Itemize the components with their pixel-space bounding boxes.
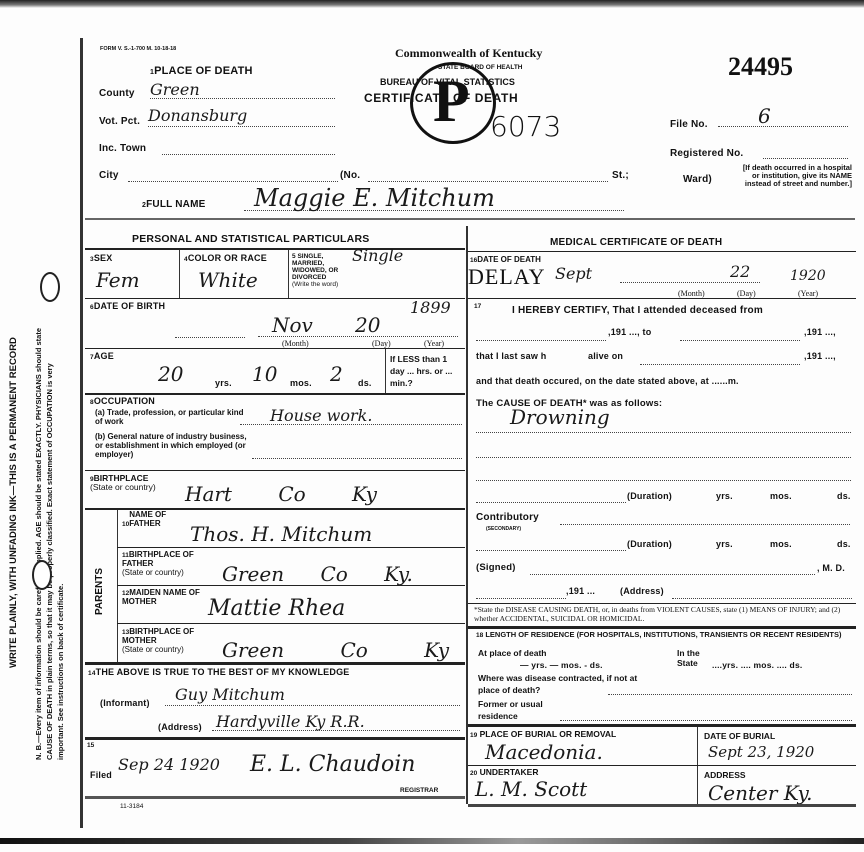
contributory-field[interactable] [560, 522, 850, 525]
vot-pct-label: Vot. Pct. [99, 116, 140, 127]
dob-day: 20 [355, 313, 380, 337]
divider [85, 218, 855, 220]
inc-town-label: Inc. Town [99, 143, 146, 154]
file-no-field[interactable]: 6 [718, 104, 848, 127]
punch-hole-icon [40, 272, 60, 302]
father-birthplace-label: BIRTHPLACE OF FATHER [122, 550, 194, 568]
occupation-a-label: (a) Trade, profession, or particular kin… [95, 408, 245, 426]
form-code: 11-3184 [120, 803, 143, 810]
disease-contracted-field[interactable] [608, 692, 852, 695]
delay-stamp: DELAY [468, 264, 546, 290]
father-name-label: NAME OF FATHER [129, 510, 189, 528]
dob-label: DATE OF BIRTH [94, 301, 165, 311]
undertaker-address-label: ADDRESS [704, 771, 746, 780]
residence-label: LENGTH OF RESIDENCE (FOR HOSPITALS, INST… [485, 630, 841, 639]
informant-label: (Informant) [100, 698, 150, 708]
p-stamp-icon: P [410, 62, 496, 144]
signed-label: (Signed) [476, 562, 516, 573]
handwritten-number: 6073 [490, 110, 561, 143]
time-of-death-field[interactable]: and that death occured, on the date stat… [476, 376, 739, 386]
former-residence-field[interactable] [560, 718, 852, 721]
death-year[interactable]: 1920 [790, 268, 826, 284]
contributory-label: Contributory [476, 512, 539, 523]
age-label: AGE [94, 351, 114, 361]
informant-field[interactable]: Guy Mitchum [165, 685, 460, 706]
sex-value[interactable]: Fem [96, 268, 140, 292]
state-name: Commonwealth of Kentucky [395, 46, 542, 61]
residence-state-field[interactable]: ....yrs. .... mos. .... ds. [712, 660, 802, 670]
filed-label: Filed [90, 770, 112, 780]
dob-year: 1899 [410, 298, 451, 317]
race-value[interactable]: White [198, 268, 258, 292]
burial-date-label: DATE OF BURIAL [704, 732, 775, 741]
father-name-value[interactable]: Thos. H. Mitchum [190, 522, 372, 546]
undertaker-address-value[interactable]: Center Ky. [708, 781, 812, 805]
burial-place-value[interactable]: Macedonia. [485, 740, 603, 764]
registered-no-label: Registered No. [670, 148, 743, 159]
street-label: St.; [612, 170, 629, 181]
mother-birthplace-value[interactable]: Green Co Ky [222, 638, 449, 662]
county-label: County [99, 88, 135, 99]
margin-line-4: important. See instructions on back of c… [56, 584, 65, 760]
vot-pct-field[interactable]: Donansburg [148, 106, 335, 127]
father-birthplace-value[interactable]: Green Co Ky. [222, 562, 413, 586]
mother-name-label: MAIDEN NAME OF MOTHER [122, 588, 200, 606]
certify-text: I HEREBY CERTIFY, That I attended deceas… [512, 305, 763, 316]
cause-of-death-value[interactable]: Drowning [510, 405, 610, 429]
informant-address-label: (Address) [158, 722, 202, 732]
birthplace-value[interactable]: Hart Co Ky [185, 482, 455, 506]
informant-address-field[interactable]: Hardyville Ky R.R. [212, 712, 460, 731]
physician-signature-field[interactable] [530, 572, 815, 575]
form-number: FORM V. S.-1-700 M. 10-18-18 [100, 46, 176, 53]
hospital-note: [If death occurred in a hospital or inst… [740, 164, 852, 188]
column-divider [466, 226, 468, 804]
undertaker-value[interactable]: L. M. Scott [475, 777, 587, 801]
residence-place-field[interactable]: — yrs. — mos. - ds. [520, 660, 603, 670]
burial-date-value[interactable]: Sept 23, 1920 [708, 743, 814, 761]
margin-line-1: WRITE PLAINLY, WITH UNFADING INK—THIS IS… [8, 337, 19, 668]
parents-label: PARENTS [94, 568, 105, 615]
place-of-death-label: PLACE OF DEATH [154, 65, 253, 77]
attended-from-field[interactable] [476, 338, 606, 341]
inc-town-field[interactable] [162, 140, 335, 155]
occupation-a-field[interactable]: House work. [240, 406, 462, 425]
scan-bottom-edge [0, 838, 864, 844]
occupation-b-field[interactable] [252, 452, 462, 459]
occupation-b-label: (b) General nature of industry business,… [95, 432, 253, 459]
scan-top-edge [0, 0, 864, 8]
physician-address-field[interactable] [672, 596, 852, 599]
registrar-signature[interactable]: E. L. Chaudoin [250, 752, 415, 777]
age-months[interactable]: 10 [252, 362, 277, 386]
city-label: City [99, 170, 119, 181]
margin-line-2: N. B.—Every item of information should b… [34, 328, 43, 760]
certificate-number: 24495 [728, 52, 793, 82]
death-day[interactable]: 22 [730, 262, 750, 281]
registrar-label: REGISTRAR [400, 787, 438, 794]
full-name-field[interactable]: Maggie E. Mitchum [244, 184, 624, 211]
cause-footnote: *State the DISEASE CAUSING DEATH, or, in… [474, 605, 854, 623]
former-residence-label: Former or usual residence [478, 698, 568, 722]
race-label: COLOR OR RACE [188, 253, 267, 263]
death-month[interactable]: Sept [555, 264, 592, 283]
occupation-label: OCCUPATION [94, 396, 155, 406]
dob-month: Nov [272, 313, 313, 337]
date-of-death-label: DATE OF DEATH [477, 255, 541, 264]
less-than-day-field[interactable]: If LESS than 1 day ... hrs. or ... min.? [390, 353, 464, 389]
medical-heading: MEDICAL CERTIFICATE OF DEATH [550, 237, 722, 248]
city-field[interactable] [128, 168, 338, 182]
sex-label: SEX [94, 253, 113, 263]
attended-to-field[interactable] [680, 338, 800, 341]
punch-hole-icon [32, 560, 52, 590]
full-name-label: FULL NAME [146, 199, 205, 210]
county-field[interactable]: Green [150, 80, 335, 99]
marital-label: 5 SINGLE, MARRIED, WIDOWED, OR DIVORCED(… [292, 253, 344, 288]
personal-heading: PERSONAL AND STATISTICAL PARTICULARS [132, 233, 369, 245]
file-no-label: File No. [670, 119, 708, 130]
at-place-label: At place of death [478, 648, 558, 658]
informant-statement: THE ABOVE IS TRUE TO THE BEST OF MY KNOW… [96, 667, 350, 677]
street-field[interactable] [368, 168, 608, 182]
mother-name-value[interactable]: Mattie Rhea [208, 596, 345, 621]
undertaker-label: UNDERTAKER [480, 767, 539, 777]
street-no-label: (No. [340, 170, 360, 181]
age-years[interactable]: 20 [158, 362, 183, 386]
age-days[interactable]: 2 [330, 362, 343, 386]
burial-place-label: PLACE OF BURIAL OR REMOVAL [480, 729, 617, 739]
ward-label: Ward) [683, 174, 712, 185]
last-seen-field[interactable] [640, 362, 800, 365]
filed-date-value[interactable]: Sep 24 1920 [118, 755, 220, 774]
registered-no-field[interactable] [763, 148, 848, 159]
marital-value[interactable]: Single [352, 246, 403, 265]
mother-birthplace-label: BIRTHPLACE OF MOTHER [122, 627, 194, 645]
in-state-label: In the State [677, 648, 717, 668]
